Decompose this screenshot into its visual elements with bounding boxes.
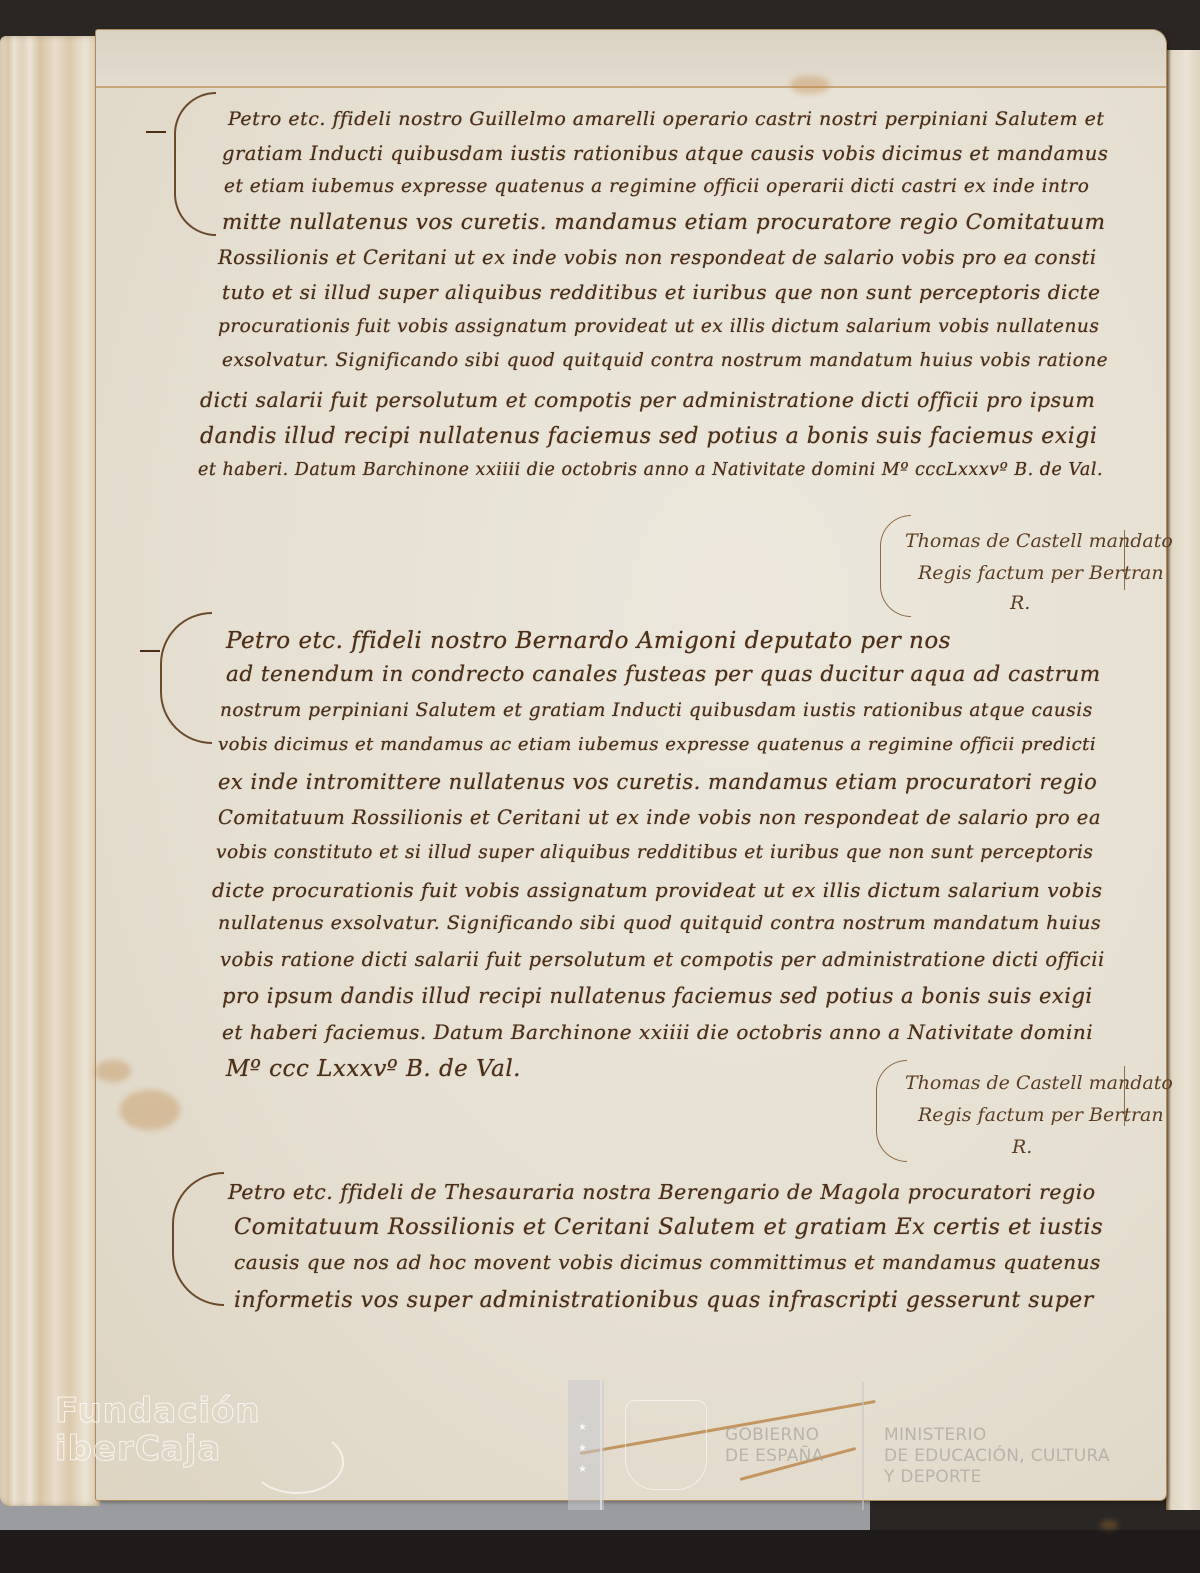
entry-line: mitte nullatenus vos curetis. mandamus e… bbox=[222, 210, 1106, 235]
watermark-ministerio: MINISTERIO DE EDUCACIÓN, CULTURA Y DEPOR… bbox=[884, 1425, 1110, 1488]
entry-line: Petro etc. ffideli nostro Bernardo Amigo… bbox=[226, 628, 951, 654]
watermark-text: Fundación bbox=[55, 1392, 261, 1430]
backdrop-dark bbox=[0, 1530, 1200, 1573]
watermark-gobierno: GOBIERNO DE ESPAÑA bbox=[725, 1425, 824, 1467]
ibercaja-logo-icon bbox=[250, 1430, 344, 1494]
entry-line: causis que nos ad hoc movent vobis dicim… bbox=[234, 1250, 1101, 1274]
entry-line: Comitatuum Rossilionis et Ceritani Salut… bbox=[234, 1214, 1103, 1240]
watermark-text: DE EDUCACIÓN, CULTURA bbox=[884, 1446, 1110, 1467]
spain-coat-of-arms-icon bbox=[625, 1400, 707, 1490]
entry-line: procurationis fuit vobis assignatum prov… bbox=[218, 316, 1099, 337]
watermark-fundacion-ibercaja: Fundación iberCaja bbox=[55, 1392, 261, 1468]
entry-line: pro ipsum dandis illud recipi nullatenus… bbox=[222, 984, 1093, 1008]
entry-line: vobis dicimus et mandamus ac etiam iubem… bbox=[218, 734, 1096, 755]
margin-dash bbox=[140, 650, 160, 652]
entry-bracket bbox=[174, 92, 216, 236]
entry-line: Petro etc. ffideli de Thesauraria nostra… bbox=[228, 1180, 1096, 1204]
entry-line: nullatenus exsolvatur. Significando sibi… bbox=[218, 912, 1101, 934]
watermark-text: MINISTERIO bbox=[884, 1425, 1110, 1446]
watermark-text: Y DEPORTE bbox=[884, 1467, 1110, 1488]
margin-note-line: R. bbox=[1010, 592, 1030, 614]
watermark-text: iberCaja bbox=[55, 1430, 261, 1468]
entry-line: exsolvatur. Significando sibi quod quitq… bbox=[222, 350, 1108, 371]
book-page-edge-right bbox=[1166, 50, 1200, 1510]
entry-line: nostrum perpiniani Salutem et gratiam In… bbox=[220, 700, 1093, 721]
entry-line: Mº ccc Lxxxvº B. de Val. bbox=[226, 1056, 521, 1082]
margin-note-line: Thomas de Castell mandato bbox=[905, 1072, 1173, 1094]
entry-line: dicte procurationis fuit vobis assignatu… bbox=[212, 878, 1103, 902]
margin-note-line: Regis factum per Bertran bbox=[918, 1104, 1164, 1126]
entry-line: tuto et si illud super aliquibus redditi… bbox=[222, 280, 1100, 304]
margin-note-line: Regis factum per Bertran bbox=[918, 562, 1164, 584]
entry-line: vobis ratione dicti salarii fuit persolu… bbox=[220, 948, 1105, 971]
entry-line: dandis illud recipi nullatenus faciemus … bbox=[200, 424, 1097, 449]
entry-line: et etiam iubemus expresse quatenus a reg… bbox=[224, 176, 1089, 197]
entry-line: dicti salarii fuit persolutum et compoti… bbox=[200, 388, 1095, 412]
margin-note-line: R. bbox=[1012, 1136, 1032, 1158]
entry-line: informetis vos super administrationibus … bbox=[234, 1288, 1094, 1313]
watermark-divider bbox=[600, 1380, 602, 1510]
entry-line: et haberi faciemus. Datum Barchinone xxi… bbox=[222, 1020, 1093, 1044]
entry-line: gratiam Inducti quibusdam iustis rationi… bbox=[222, 142, 1108, 165]
watermark-text: DE ESPAÑA bbox=[725, 1446, 824, 1467]
entry-line: ad tenendum in condrecto canales fusteas… bbox=[226, 662, 1101, 687]
star-icon: ★ bbox=[578, 1443, 587, 1454]
water-stain bbox=[95, 1060, 131, 1082]
entry-line: Rossilionis et Ceritani ut ex inde vobis… bbox=[218, 246, 1097, 269]
entry-line: vobis constituto et si illud super aliqu… bbox=[216, 842, 1093, 863]
entry-line: et haberi. Datum Barchinone xxiiii die o… bbox=[198, 460, 1103, 480]
water-stain bbox=[1100, 1520, 1118, 1530]
margin-note-line: Thomas de Castell mandato bbox=[905, 530, 1173, 552]
entry-line: Comitatuum Rossilionis et Ceritani ut ex… bbox=[218, 806, 1101, 829]
margin-dash bbox=[146, 131, 166, 133]
book-page-stack-left bbox=[0, 36, 100, 1506]
page-top-fold bbox=[96, 30, 1166, 88]
watermark-text: GOBIERNO bbox=[725, 1425, 824, 1446]
watermark-divider bbox=[862, 1382, 864, 1510]
star-icon: ★ bbox=[578, 1464, 587, 1475]
star-icon: ★ bbox=[578, 1422, 587, 1433]
water-stain bbox=[120, 1090, 180, 1130]
entry-line: ex inde intromittere nullatenus vos cure… bbox=[218, 770, 1097, 794]
margin-note-bracket bbox=[876, 1060, 907, 1162]
ink-stain bbox=[790, 76, 830, 94]
entry-line: Petro etc. ffideli nostro Guillelmo amar… bbox=[228, 108, 1104, 130]
